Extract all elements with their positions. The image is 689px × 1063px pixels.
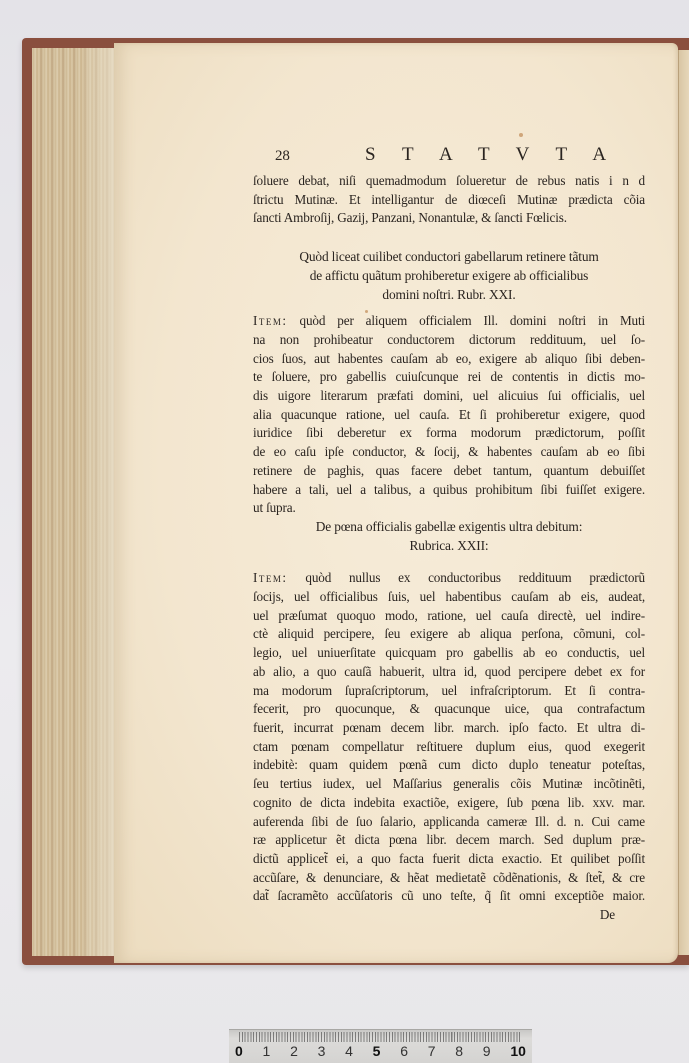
text-line: retinere de paghis, quas facere debet ta…: [253, 462, 645, 481]
text-line: auferenda ſibi de ſuo ſalario, applicand…: [253, 813, 645, 832]
ruler-label: 3: [318, 1043, 326, 1063]
text-line: cognito de dicta indebita exactiõe, exig…: [253, 794, 645, 813]
ruler-ticks: [239, 1032, 522, 1042]
heading-line: domini noſtri. Rubr. XXI.: [253, 286, 645, 305]
page-block-edges: [32, 48, 115, 956]
catchword: De: [253, 906, 645, 925]
text-line: na non prohibeatur conductorem dictorum …: [253, 331, 645, 350]
scale-ruler: 0 1 2 3 4 5 6 7 8 9 10: [229, 1029, 532, 1063]
rubric-21-body: Item: quòd per aliquem officialem Ill. d…: [253, 312, 645, 518]
text-line: ſtrictu Mutinæ. Et intelligantur de diœc…: [253, 191, 645, 210]
continuation-paragraph: ſoluere debat, niſi quemadmodum ſolueret…: [253, 172, 645, 228]
heading-line: De pœna officialis gabellæ exigentis ult…: [253, 518, 645, 537]
text-line: Item: quòd nullus ex conductoribus reddi…: [253, 569, 645, 588]
text-line: ma modorum ſupraſcriptorum, uel infraſcr…: [253, 682, 645, 701]
text-line: legio, uel uniuerſitate quicquam pro gab…: [253, 644, 645, 663]
ruler-label: 1: [263, 1043, 271, 1063]
rubric-21-heading: Quòd liceat cuilibet conductori gabellar…: [253, 248, 645, 304]
text-line: Item: quòd per aliquem officialem Ill. d…: [253, 312, 645, 331]
text-line: cios ſuos, aut habentes cauſam ab eo, ex…: [253, 350, 645, 369]
ruler-labels: 0 1 2 3 4 5 6 7 8 9 10: [229, 1043, 532, 1063]
text-line: alia quacunque ratione, uel cauſa. Et ſi…: [253, 406, 645, 425]
text-line: dat̃ ſacramẽto accũſatoris cũ uno teſte,…: [253, 887, 645, 906]
text-line: habere a tali, uel a talibus, a quibus p…: [253, 481, 645, 500]
text-line: iuridice ſibi deberetur ex forma modorum…: [253, 424, 645, 443]
text-line: ſoluere debat, niſi quemadmodum ſolueret…: [253, 172, 645, 191]
ruler-label: 7: [428, 1043, 436, 1063]
text-line: dictũ applicet̃ ei, a quo facta fuerit d…: [253, 850, 645, 869]
ruler-label: 0: [235, 1043, 243, 1063]
text-line: ctè aliquid percipere, ſeu exigere ab al…: [253, 625, 645, 644]
text-line: dis uigore literarum præfati domini, uel…: [253, 387, 645, 406]
heading-line: Quòd liceat cuilibet conductori gabellar…: [253, 248, 645, 267]
heading-line: de affictu quãtum prohiberetur exigere a…: [253, 267, 645, 286]
text-line: ſancti Ambroſij, Gazij, Panzani, Nonantu…: [253, 209, 645, 228]
facing-page-edge: [678, 50, 689, 955]
text-line: ſeu tertius iudex, uel Maſſarius general…: [253, 775, 645, 794]
item-word: Item:: [253, 313, 288, 328]
text-line: te ſoluere, pro gabellis cuiuſcunque rei…: [253, 368, 645, 387]
running-head: 28 S T A T V T A: [253, 146, 645, 170]
ruler-label: 2: [290, 1043, 298, 1063]
running-title: S T A T V T A: [365, 146, 617, 165]
text-line: uel præſumat quoquo modo, ratione, uel c…: [253, 607, 645, 626]
text-line: fecerit, pro quocunque, & quacunque uice…: [253, 700, 645, 719]
text-line: ab alio, a quo cauſã habuerit, ultra id,…: [253, 663, 645, 682]
ruler-label: 8: [455, 1043, 463, 1063]
text-line: indebitè: quam quidem pœnã cum dicto dup…: [253, 756, 645, 775]
page-text: 28 S T A T V T A ſoluere debat, niſi que…: [253, 146, 645, 925]
text-line: fuerit, incurrat pœnam decem libr. march…: [253, 719, 645, 738]
foxing-spot: [519, 133, 523, 137]
text-line: ræ applicetur ẽt dicta pœna libr. decem …: [253, 831, 645, 850]
text-line: ctam pœnam compellatur reſtituere duplum…: [253, 738, 645, 757]
text-line: de eo caſu ipſe conductor, & ſocij, & ha…: [253, 443, 645, 462]
ruler-label: 9: [483, 1043, 491, 1063]
ruler-label: 10: [510, 1043, 526, 1063]
ruler-label: 4: [345, 1043, 353, 1063]
ruler-label: 6: [400, 1043, 408, 1063]
rubric-22-body: Item: quòd nullus ex conductoribus reddi…: [253, 569, 645, 906]
text-line: accũſare, & denunciare, & hẽat medietatẽ…: [253, 869, 645, 888]
text-line: ſocijs, uel officialibus ſuis, uel haben…: [253, 588, 645, 607]
ruler-label: 5: [373, 1043, 381, 1063]
rubric-22-heading: De pœna officialis gabellæ exigentis ult…: [253, 518, 645, 555]
heading-line: Rubrica. XXII:: [253, 537, 645, 556]
page-number: 28: [253, 147, 365, 166]
text-line: ut ſupra.: [253, 499, 645, 518]
item-word: Item:: [253, 570, 288, 585]
